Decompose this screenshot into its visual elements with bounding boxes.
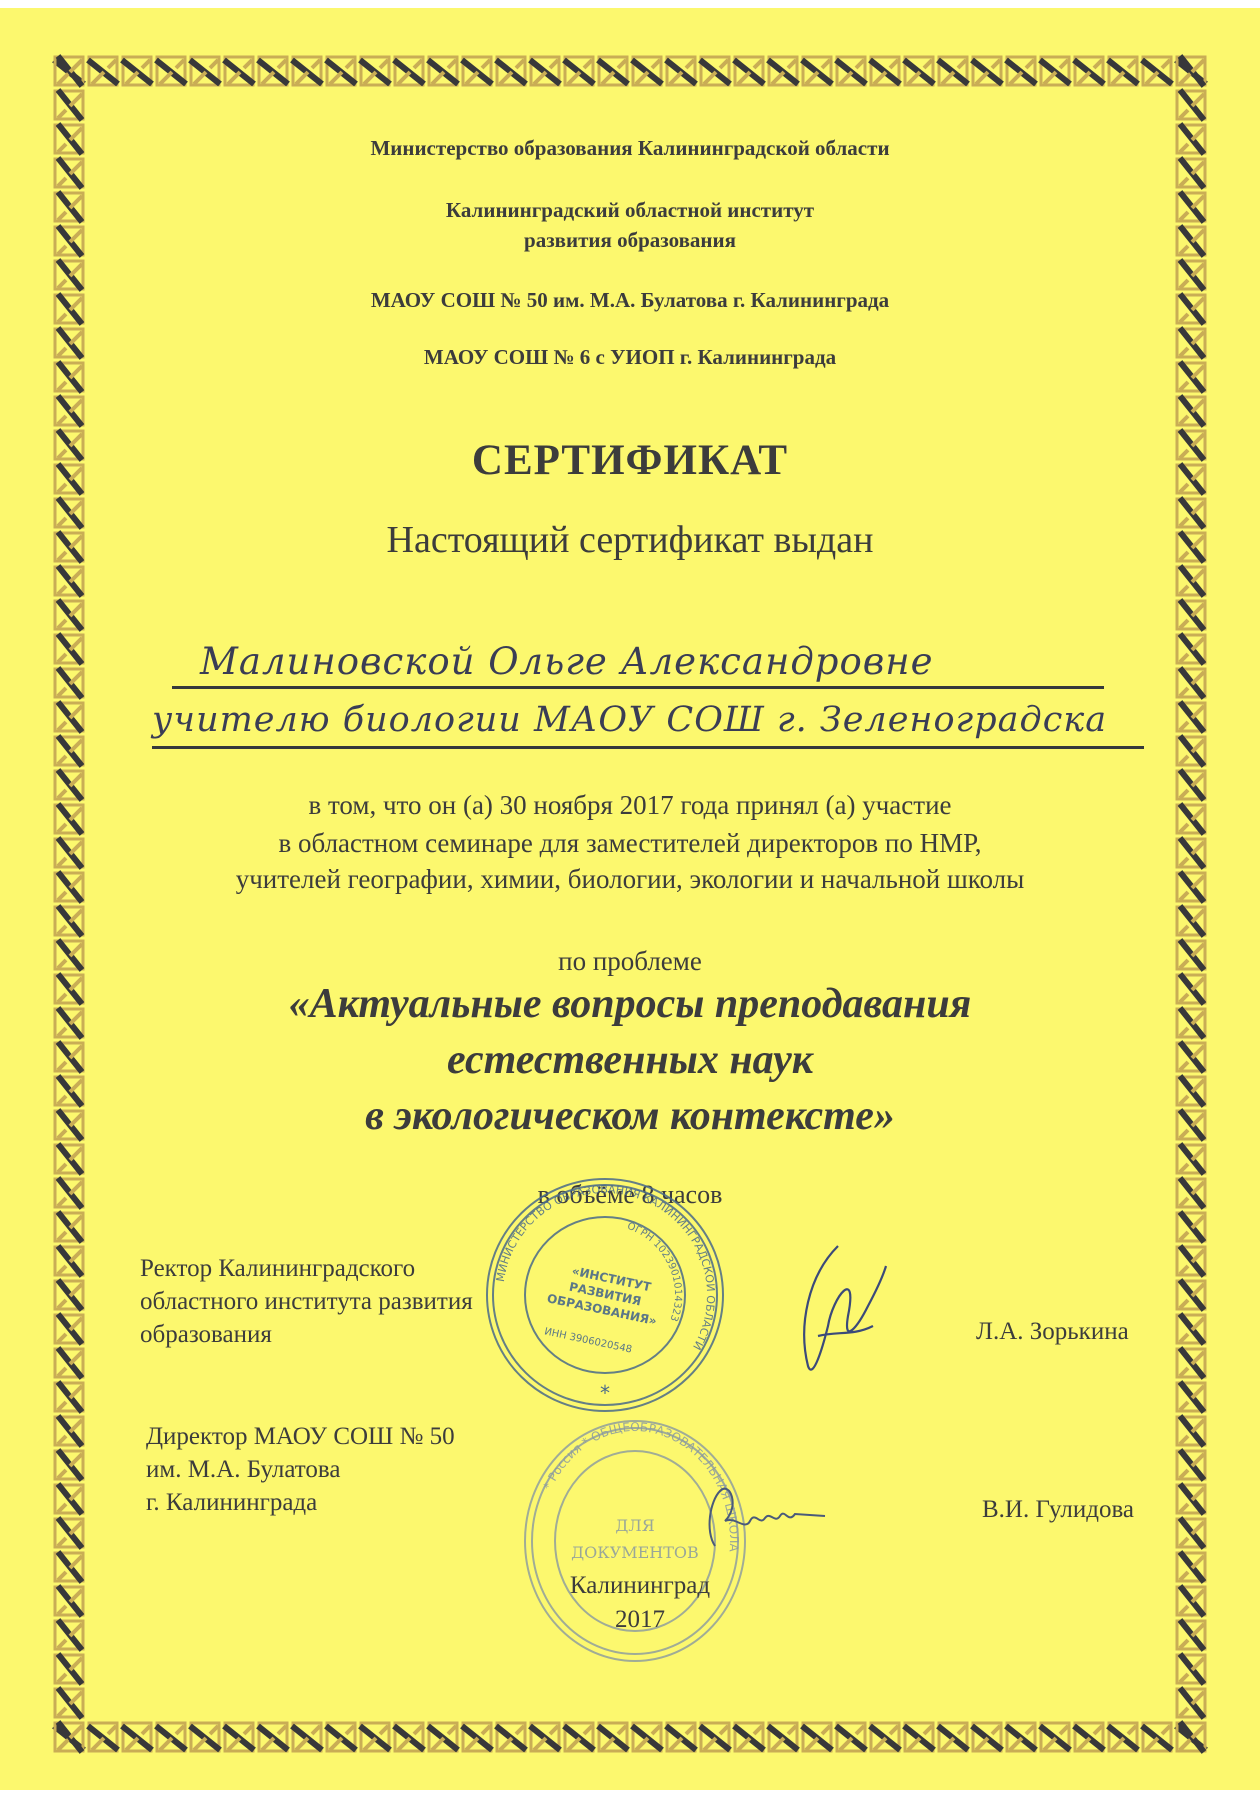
issuer-institute-line2: развития образования (0, 228, 1260, 253)
recipient-position: учителю биологии МАОУ СОШ г. Зеленоградс… (152, 700, 1107, 740)
issuer-institute-line1: Калининградский областной институт (0, 198, 1260, 223)
topic-line2: естественных наук (0, 1036, 1260, 1084)
issue-city: Калининград (10, 1572, 1260, 1600)
school-stamp-center-line1: ДЛЯ (615, 1516, 654, 1535)
director-role-line3: г. Калининграда (146, 1486, 455, 1519)
director-role-line1: Директор МАОУ СОШ № 50 (146, 1420, 455, 1453)
rector-role-line2: областного института развития (140, 1285, 473, 1318)
issuer-school-50: МАОУ СОШ № 50 им. М.А. Булатова г. Калин… (0, 288, 1260, 313)
participation-line2: в областном семинаре для заместителей ди… (0, 828, 1260, 859)
certificate-title: СЕРТИФИКАТ (0, 436, 1260, 485)
recipient-position-underline (152, 746, 1144, 749)
rector-signature (778, 1236, 888, 1386)
participation-line3: учителей географии, химии, биологии, эко… (0, 864, 1260, 895)
rector-role: Ректор Калининградского областного инсти… (140, 1252, 473, 1351)
director-role: Директор МАОУ СОШ № 50 им. М.А. Булатова… (146, 1420, 455, 1519)
certificate-page: Министерство образования Калининградской… (0, 8, 1260, 1790)
issue-year: 2017 (10, 1606, 1260, 1634)
rector-role-line3: образования (140, 1318, 473, 1351)
certificate-subtitle: Настоящий сертификат выдан (0, 518, 1260, 562)
issuer-ministry: Министерство образования Калининградской… (0, 136, 1260, 161)
ornamental-border-bottom (52, 1720, 1208, 1754)
director-signature (700, 1476, 830, 1556)
institute-stamp-ogrn: ОГРН 1023901014323 (626, 1221, 683, 1323)
svg-text:ОГРН 1023901014323: ОГРН 1023901014323 (626, 1221, 683, 1323)
stamp-asterisk-icon: * (600, 1381, 610, 1405)
institute-round-stamp: МИНИСТЕРСТВО ОБРАЗОВАНИЯ КАЛИНИНГРАДСКОЙ… (480, 1170, 730, 1420)
ornamental-border-top (52, 54, 1208, 88)
school-stamp-center-line2: ДОКУМЕНТОВ (571, 1543, 699, 1562)
director-role-line2: им. М.А. Булатова (146, 1453, 455, 1486)
recipient-name-underline (172, 686, 1104, 689)
participation-line1: в том, что он (а) 30 ноября 2017 года пр… (0, 790, 1260, 821)
institute-stamp-inn: ИНН 3906020548 (543, 1326, 633, 1355)
issuer-school-6: МАОУ СОШ № 6 с УИОП г. Калининграда (0, 345, 1260, 370)
rector-role-line1: Ректор Калининградского (140, 1252, 473, 1285)
rector-name: Л.А. Зорькина (976, 1318, 1129, 1346)
topic-line1: «Актуальные вопросы преподавания (0, 980, 1260, 1028)
topic-line3: в экологическом контексте» (0, 1092, 1260, 1140)
recipient-name: Малиновской Ольге Александровне (200, 640, 934, 683)
topic-intro: по проблеме (0, 946, 1260, 977)
director-name: В.И. Гулидова (982, 1496, 1134, 1524)
